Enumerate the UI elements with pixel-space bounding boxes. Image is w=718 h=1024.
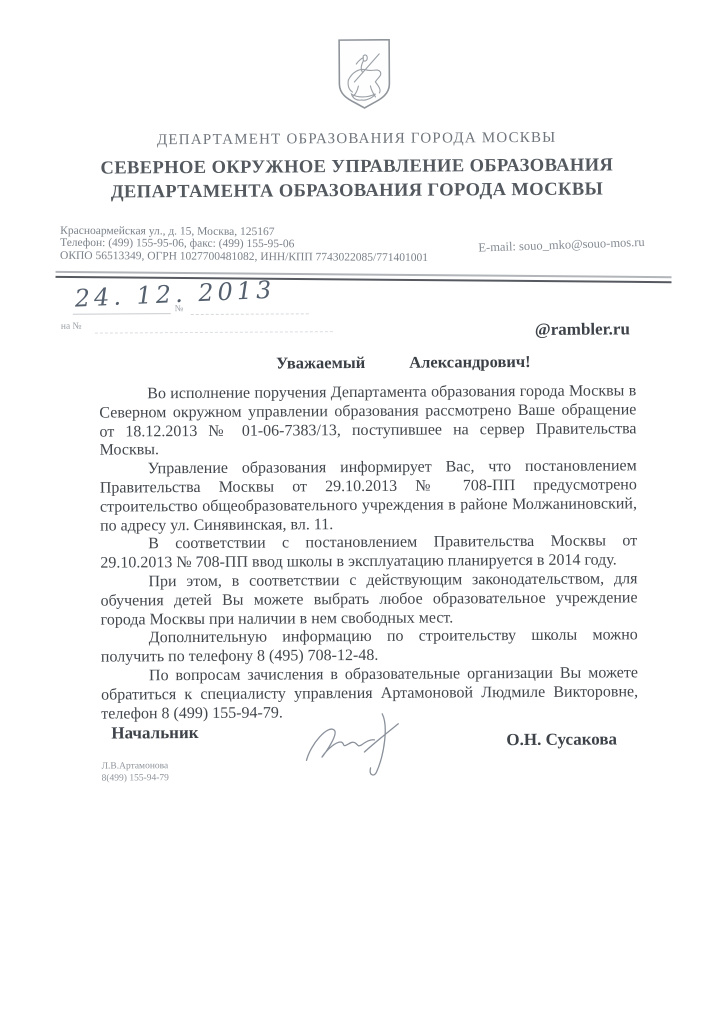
organization-title-line1: СЕВЕРНОЕ ОКРУЖНОЕ УПРАВЛЕНИЕ ОБРАЗОВАНИЯ [0, 153, 716, 181]
letter-body: Во исполнение поручения Департамента обр… [99, 382, 638, 724]
handwritten-signature [294, 698, 420, 787]
body-paragraph: В соответствии с постановлением Правител… [100, 533, 637, 574]
salutation: Уважаемый Александрович! [276, 352, 531, 374]
executor-name: Л.В.Артамонова [102, 761, 169, 773]
body-paragraph: Дополнительную информацию по строительст… [101, 627, 638, 668]
signer-name: О.Н. Сусакова [506, 729, 617, 750]
body-paragraph: При этом, в соответствии с действующим з… [100, 570, 637, 630]
outgoing-number-label: № [175, 303, 184, 313]
registration-codes-line: ОКПО 56513349, ОГРН 1027700481082, ИНН/К… [60, 250, 428, 265]
outgoing-number-line [191, 313, 309, 315]
date-underline [73, 313, 171, 315]
executor-block: Л.В.Артамонова 8(499) 155-94-79 [102, 761, 169, 784]
signer-position: Начальник [111, 723, 198, 744]
contact-block: Красноармейская ул., д. 15, Москва, 1251… [60, 225, 428, 264]
salutation-word: Уважаемый [276, 353, 365, 374]
recipient-email-fragment: @rambler.ru [535, 319, 630, 340]
organization-title-line2: ДЕПАРТАМЕНТА ОБРАЗОВАНИЯ ГОРОДА МОСКВЫ [0, 177, 716, 205]
organization-title: СЕВЕРНОЕ ОКРУЖНОЕ УПРАВЛЕНИЕ ОБРАЗОВАНИЯ… [0, 153, 716, 205]
salutation-name: Александрович! [409, 352, 531, 373]
letter-content: ДЕПАРТАМЕНТ ОБРАЗОВАНИЯ ГОРОДА МОСКВЫ СЕ… [0, 0, 718, 1024]
body-paragraph: Во исполнение поручения Департамента обр… [99, 382, 636, 460]
reply-to-number-label: на № [61, 322, 82, 332]
department-title: ДЕПАРТАМЕНТ ОБРАЗОВАНИЯ ГОРОДА МОСКВЫ [0, 129, 716, 150]
org-email-line: E-mail: souo_mko@souo-mos.ru [478, 235, 645, 256]
reply-to-number-line [95, 331, 333, 333]
executor-phone: 8(499) 155-94-79 [102, 773, 169, 785]
body-paragraph: Управление образования информирует Вас, … [100, 457, 637, 535]
moscow-coat-of-arms-icon [334, 36, 394, 112]
scanned-letter-page: ДЕПАРТАМЕНТ ОБРАЗОВАНИЯ ГОРОДА МОСКВЫ СЕ… [0, 0, 718, 1024]
